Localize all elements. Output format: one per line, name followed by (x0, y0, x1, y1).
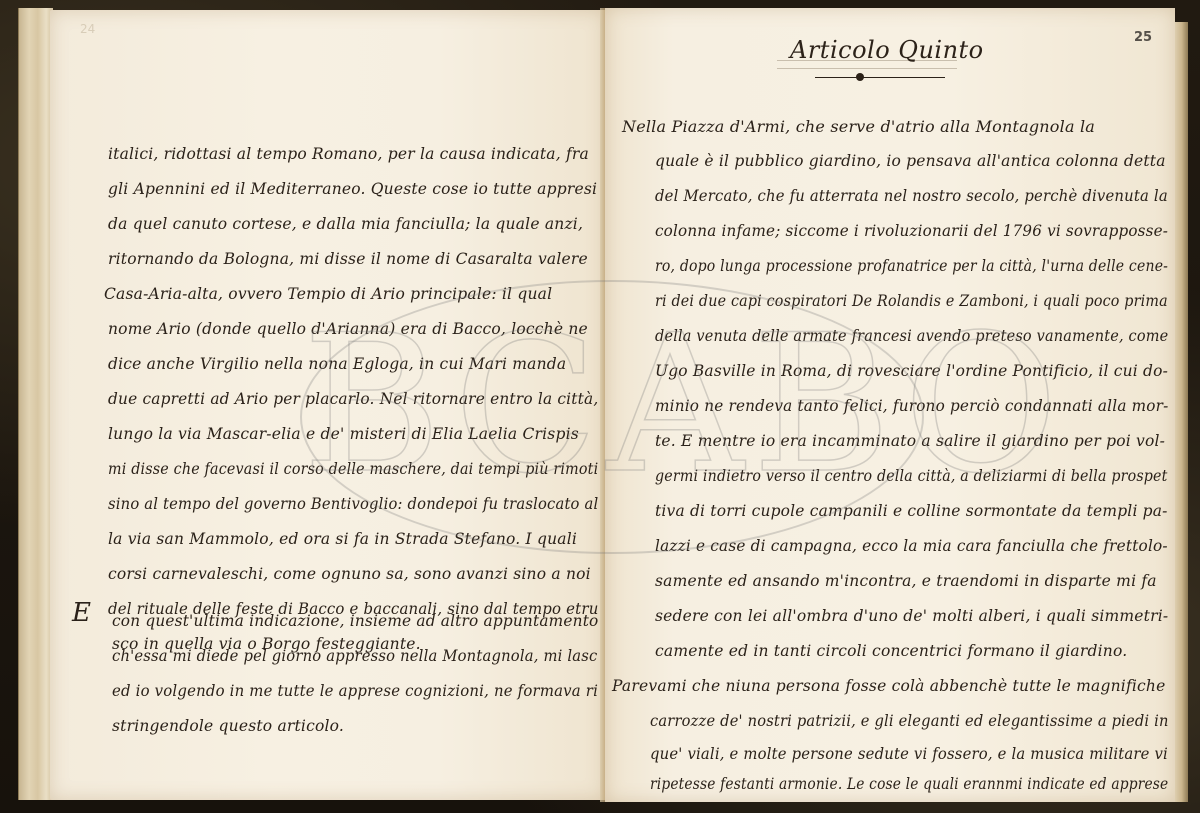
left-page-number-ghost: 24 (80, 22, 95, 36)
text-line: mi disse che facevasi il corso delle mas… (108, 460, 598, 478)
text-line: Casa-Aria-alta, ovvero Tempio di Ario pr… (104, 285, 552, 303)
text-line: la via san Mammolo, ed ora si fa in Stra… (108, 530, 577, 548)
text-line: minio ne rendeva tanto felici, furono pe… (655, 397, 1168, 415)
text-line: stringendole questo articolo. (112, 717, 344, 735)
text-line: sino al tempo del governo Bentivoglio: d… (108, 495, 598, 513)
text-line: te. E mentre io era incamminato a salire… (655, 432, 1165, 450)
text-line: italici, ridottasi al tempo Romano, per … (108, 145, 589, 163)
text-line: carrozze de' nostri patrizii, e gli eleg… (650, 712, 1169, 730)
text-line: ripetesse festanti armonie. Le cose le q… (650, 775, 1168, 793)
text-line: tiva di torri cupole campanili e colline… (655, 502, 1168, 520)
text-line: Parevami che niuna persona fosse colà ab… (612, 677, 1166, 695)
text-line: nome Ario (donde quello d'Arianna) era d… (108, 320, 588, 338)
text-line: ch'essa mi diede pel giorno appresso nel… (112, 647, 598, 665)
text-line: Nella Piazza d'Armi, che serve d'atrio a… (622, 117, 1095, 136)
text-line: della venuta delle armate francesi avend… (655, 327, 1168, 345)
chapter-heading: Articolo Quinto (790, 36, 984, 64)
text-line: corsi carnevaleschi, come ognuno sa, son… (108, 565, 591, 583)
text-line: quale è il pubblico giardino, io pensava… (655, 152, 1166, 170)
text-line: samente ed ansando m'incontra, e traendo… (655, 572, 1157, 590)
page-number: 25 (1134, 30, 1152, 45)
text-line: ed io volgendo in me tutte le apprese co… (112, 682, 598, 700)
text-line: gli Apennini ed il Mediterraneo. Queste … (108, 180, 597, 198)
title-guideline (777, 68, 957, 69)
heading-rule (815, 77, 945, 78)
text-line: del Mercato, che fu atterrata nel nostro… (655, 187, 1168, 205)
text-line: con quest'ultima indicazione, insieme ad… (112, 612, 598, 630)
text-line: camente ed in tanti circoli concentrici … (655, 642, 1127, 660)
left-page-edges (18, 8, 53, 800)
heading-ornament-dot (856, 73, 864, 81)
text-line: ro, dopo lunga processione profanatrice … (655, 257, 1168, 275)
text-line: ri dei due capi cospiratori De Rolandis … (655, 292, 1168, 310)
text-line: Ugo Basville in Roma, di rovesciare l'or… (655, 362, 1168, 380)
text-line: due capretti ad Ario per placarlo. Nel r… (108, 390, 598, 408)
text-line: lungo la via Mascar-elia e de' misteri d… (108, 425, 579, 443)
text-line: germi indietro verso il centro della cit… (655, 467, 1168, 485)
text-line: ritornando da Bologna, mi disse il nome … (108, 250, 588, 268)
text-line: colonna infame; siccome i rivoluzionarii… (655, 222, 1168, 240)
text-line: da quel canuto cortese, e dalla mia fanc… (108, 215, 583, 233)
margin-initial-letter: E (72, 598, 91, 628)
text-line: sedere con lei all'ombra d'uno de' molti… (655, 607, 1168, 625)
text-line: dice anche Virgilio nella nona Egloga, i… (108, 355, 566, 373)
text-line: que' viali, e molte persone sedute vi fo… (650, 745, 1168, 763)
text-line: lazzi e case di campagna, ecco la mia ca… (655, 537, 1168, 555)
